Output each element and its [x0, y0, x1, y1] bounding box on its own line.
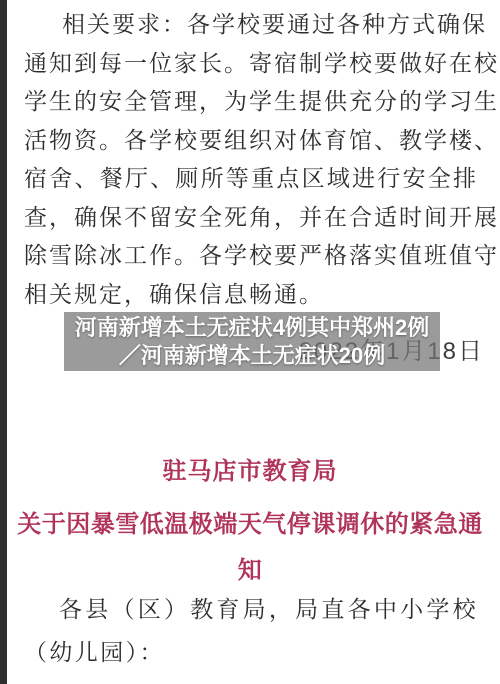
paragraph-line: 活物资。各学校要组织对体育馆、教学楼、 [24, 121, 478, 160]
salutation-line: （幼儿园）： [24, 631, 478, 674]
notice-title: 关于因暴雪低温极端天气停课调休的紧急通知 [15, 502, 485, 594]
document-screenshot: 相关要求：各学校要通过各种方式确保通知到每一位家长。寄宿制学校要做好在校学生的安… [0, 0, 500, 684]
agency-name: 驻马店市教育局 [0, 457, 500, 487]
page-edge-strip [0, 0, 7, 684]
paragraph-line: 相关规定，确保信息畅通。 [24, 275, 478, 314]
paragraph-line: 相关要求：各学校要通过各种方式确保 [24, 5, 478, 44]
headline-line-2: ／河南新增本土无症状20例 [64, 342, 440, 370]
paragraph-line: 除雪除冰工作。各学校要严格落实值班值守 [24, 236, 478, 275]
paragraph-line: 学生的安全管理，为学生提供充分的学习生 [24, 82, 478, 121]
salutation: 各县（区）教育局，局直各中小学校（幼儿园）： [24, 588, 478, 674]
paragraph-line: 宿舍、餐厅、厕所等重点区域进行安全排 [24, 159, 478, 198]
notice-body-paragraph: 相关要求：各学校要通过各种方式确保通知到每一位家长。寄宿制学校要做好在校学生的安… [24, 5, 478, 313]
salutation-line: 各县（区）教育局，局直各中小学校 [24, 588, 478, 631]
paragraph-line: 查，确保不留安全死角，并在合适时间开展 [24, 198, 478, 237]
paragraph-line: 通知到每一位家长。寄宿制学校要做好在校 [24, 44, 478, 83]
news-headline-overlay: 河南新增本土无症状4例其中郑州2例 ／河南新增本土无症状20例 [64, 312, 440, 371]
headline-line-1: 河南新增本土无症状4例其中郑州2例 [64, 314, 440, 342]
